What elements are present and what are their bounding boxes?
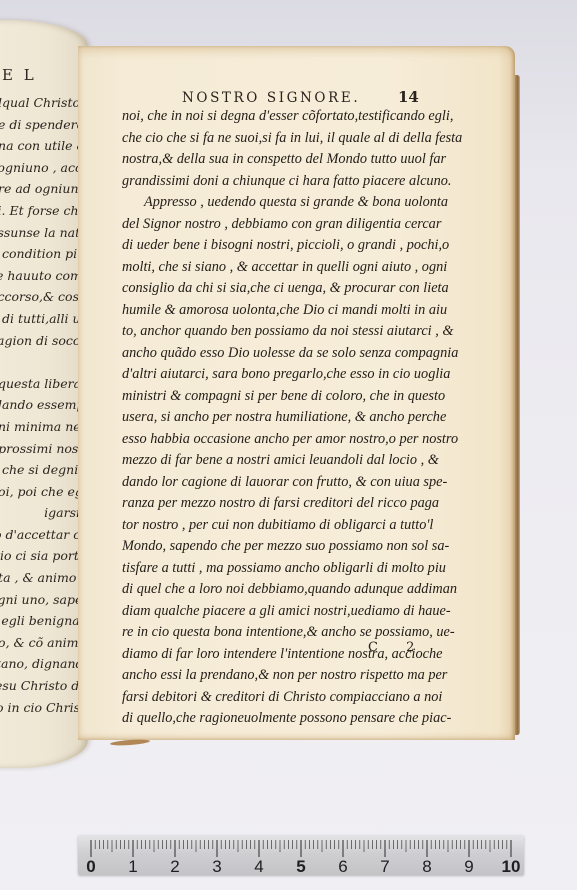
text-line: che cio che si fa ne suoi,si fa in lui, …: [122, 128, 522, 150]
ruler-label: 10: [502, 857, 521, 875]
left-text-line: ne di spendere le sue: [0, 114, 88, 136]
text-line: ranza per mezzo nostro di farsi creditor…: [122, 493, 522, 515]
signature-mark: C 2: [368, 640, 426, 655]
left-text-line: assunse la natura an: [0, 222, 88, 244]
left-text-line: : prossimi nostri pe: [0, 438, 88, 460]
text-line: nostra,& della sua in conspetto del Mond…: [122, 149, 522, 171]
left-text-line: ro in cio Christo per: [0, 697, 88, 719]
left-text-line: rtano, dignandoci m: [0, 653, 88, 675]
left-text-line: re hauuto compassi: [0, 265, 88, 287]
ruler-label: 2: [170, 857, 179, 875]
left-text-line: noi, poi che egli ben: [0, 481, 88, 503]
left-text-line: igarsi.: [0, 502, 88, 524]
text-line: diam qualche piacere a gli amici nostri,…: [122, 601, 522, 623]
text-line: tisfare a tutti , ma possiamo ancho obli…: [122, 558, 522, 580]
left-text-line: e egli benignamente: [0, 610, 88, 632]
text-line: to, anchor quando ben possiamo da noi st…: [122, 321, 522, 343]
text-line: di quel che a loro noi debbiamo,quando a…: [122, 579, 522, 601]
left-text-line: ure ad ogniuno , che: [0, 178, 88, 200]
left-text-line: l'ogniuno , accioche: [0, 157, 88, 179]
left-text-line: [0, 351, 88, 373]
left-running-head: E L: [2, 66, 37, 84]
ruler-label: 3: [212, 857, 221, 875]
left-text-line: n di tutti,alli ueri &: [0, 308, 88, 330]
text-line: del Signor nostro , debbiamo con gran di…: [122, 214, 522, 236]
left-text-line: gni minima necessi: [0, 416, 88, 438]
text-line: tor nostro , per cui non dubitiamo di ob…: [122, 515, 522, 537]
left-text-line: ,ilqual Christo per: [0, 92, 88, 114]
text-line: molti, che si siano , & accettar in quel…: [122, 257, 522, 279]
page-number: 14: [398, 88, 419, 106]
left-text-line: i, che si degni dar: [0, 459, 88, 481]
left-text-line: oi. Et forse che an: [0, 200, 88, 222]
text-line: diamo di far loro intendere l'intentione…: [122, 644, 522, 666]
left-text-line: ,dando essempio a no: [0, 394, 88, 416]
page-body-text: noi, che in noi si degna d'esser cõforta…: [122, 106, 522, 730]
text-line: humile & amorosa uolonta,che Dio ci mand…: [122, 300, 522, 322]
left-page: E L ,ilqual Christo perne di spendere le…: [0, 20, 88, 768]
left-text-line: una con utile & sua: [0, 135, 88, 157]
ruler-label: 1: [128, 857, 137, 875]
left-text-line: nta , & animo grand: [0, 567, 88, 589]
text-line: noi, che in noi si degna d'esser cõforta…: [122, 106, 522, 128]
text-line: re in cio questa bona intentione,& ancho…: [122, 622, 522, 644]
ruler-label: 8: [422, 857, 431, 875]
text-line: di ueder bene i bisogni nostri, piccioli…: [122, 235, 522, 257]
text-line: dando lor cagione di lauorar con frutto,…: [122, 472, 522, 494]
text-line: farsi debitori & creditori di Christo co…: [122, 687, 522, 709]
text-line: Mondo, sapendo che per mezzo suo possiam…: [122, 536, 522, 558]
left-text-line: i questa liberalita &: [0, 373, 88, 395]
ruler-label: 9: [464, 857, 473, 875]
left-text-line: cagion di soccorren: [0, 330, 88, 352]
scale-ruler: 012345678910: [78, 835, 524, 875]
text-line: usera, si ancho per nostra humiliatione,…: [122, 407, 522, 429]
left-text-line: ogni uno, sapendo che: [0, 589, 88, 611]
ruler-ticks: 012345678910: [78, 835, 524, 875]
left-text-line: Iesu Christo d'accetta: [0, 675, 88, 697]
text-line: ancho essi la prendano,& non per nostro …: [122, 665, 522, 687]
ruler-label: 4: [254, 857, 263, 875]
text-line: ancho quãdo esso Dio uolesse da se solo …: [122, 343, 522, 365]
text-line: ministri & compagni si per bene di color…: [122, 386, 522, 408]
left-text-line: io d'accettar ogni: [0, 524, 88, 546]
ruler-label: 5: [296, 857, 305, 875]
ruler-label: 0: [86, 857, 95, 875]
left-page-text: ,ilqual Christo perne di spendere le sue…: [0, 92, 88, 718]
text-line: di quello,che ragioneuolmente possono pe…: [122, 708, 522, 730]
text-line: Appresso , uedendo questa si grande & bo…: [122, 192, 522, 214]
ruler-label: 7: [380, 857, 389, 875]
left-text-line: Dio ci sia portato, &: [0, 545, 88, 567]
left-text-line: n condition piu biso: [0, 243, 88, 265]
text-line: d'altri aiutarci, sara bono pregarlo,che…: [122, 364, 522, 386]
text-line: esso habbia occasione ancho per amor nos…: [122, 429, 522, 451]
text-line: consiglio da chi si sia,che ci uenga, & …: [122, 278, 522, 300]
ruler-label: 6: [338, 857, 347, 875]
left-text-line: occorso,& cosi ess: [0, 286, 88, 308]
text-line: grandissimi doni a chiunque ci hara fatt…: [122, 171, 522, 193]
text-line: mezzo di far bene a nostri amici leuando…: [122, 450, 522, 472]
left-text-line: no, & cõ animo di ob: [0, 632, 88, 654]
